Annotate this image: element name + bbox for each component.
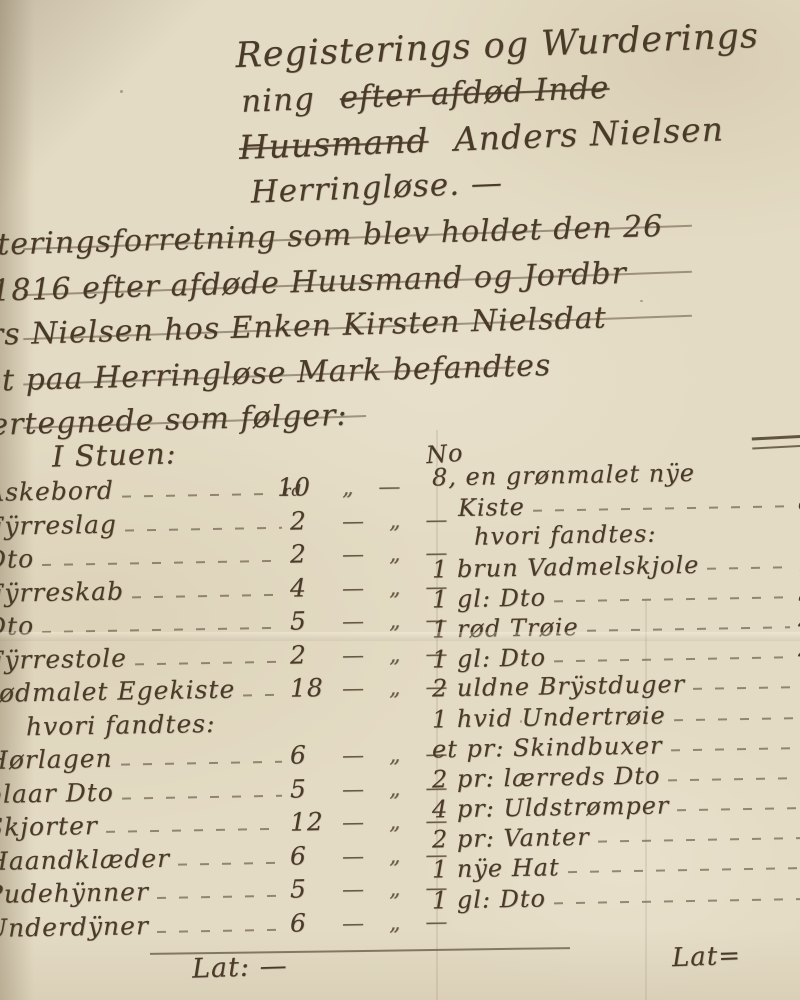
- item-tail-marks: — „ —: [342, 541, 438, 568]
- heading-line-2-prefix: ning: [241, 81, 316, 120]
- item-value: 12: [290, 807, 342, 837]
- ink-speck: [120, 90, 123, 93]
- leader-dashes: [106, 828, 282, 833]
- item-label: 8, en grønmalet nÿe: [432, 459, 695, 492]
- item-tail-marks: — „ —: [342, 910, 438, 937]
- item-tail-marks: — „ —: [342, 843, 438, 870]
- document-heading: Registerings og Wurderings ning efter af…: [235, 16, 765, 219]
- vertical-crease: [436, 430, 438, 1000]
- inventory-right-column: 8, en grønmalet nÿe Kiste 8 hvori fandte…: [432, 460, 800, 913]
- item-tail-marks: — „ —: [342, 575, 438, 602]
- double-dash-mark: [752, 434, 800, 449]
- leader-dashes: [122, 493, 269, 498]
- ink-speck: [300, 140, 302, 142]
- item-label: 2 uldne Brÿstduger: [432, 670, 686, 702]
- item-label: Pudehÿnner: [0, 877, 149, 909]
- item-label: rødmalet Egekiste: [0, 675, 235, 708]
- subheader-label: hvori fandtes:: [474, 520, 657, 551]
- item-value: 2: [290, 505, 342, 535]
- leader-dashes: [669, 777, 800, 782]
- leader-dashes: [533, 506, 790, 512]
- leader-dashes: [671, 746, 800, 751]
- item-tail-marks: — „ —: [342, 675, 438, 702]
- subtotal-left: Lat: —: [191, 950, 288, 984]
- inventory-row: Underdÿner 6 — „ —: [0, 906, 438, 947]
- item-label: blaar Dto: [0, 777, 114, 808]
- item-label: Haandklæder: [0, 843, 170, 875]
- item-label: 1 gl: Dto: [432, 644, 546, 674]
- vertical-crease: [645, 600, 647, 1000]
- manuscript-page: Registerings og Wurderings ning efter af…: [0, 0, 800, 1000]
- item-value: 5: [290, 773, 342, 803]
- leader-dashes: [554, 596, 790, 602]
- room-header: I Stuen:: [52, 436, 177, 473]
- inventory-row: 1 gl: Dto: [432, 879, 800, 916]
- leader-dashes: [132, 593, 282, 598]
- leader-dashes: [42, 560, 282, 566]
- item-label: Fÿrrestole: [0, 643, 127, 674]
- item-label: Fÿrreskab: [0, 576, 124, 607]
- subheader-label: hvori fandtes:: [26, 708, 216, 740]
- item-label: Skjorter: [0, 811, 98, 842]
- item-value: 6: [290, 840, 342, 870]
- item-label: Askebord: [0, 476, 114, 507]
- leader-dashes: [554, 897, 800, 904]
- struck-text: Huusmand: [238, 121, 429, 167]
- leader-dashes: [598, 837, 800, 843]
- item-label: Dto: [0, 544, 34, 574]
- item-tail-marks: — „ —: [342, 809, 438, 836]
- item-label: 1 nÿe Hat: [432, 854, 560, 884]
- item-label: 1 brun Vadmelskjole: [432, 550, 700, 583]
- leader-dashes: [122, 794, 282, 799]
- item-value: 2: [290, 539, 342, 569]
- item-value: 2: [290, 639, 342, 669]
- item-label: 2 pr: lærreds Dto: [432, 761, 661, 793]
- item-value: 4: [290, 572, 342, 602]
- currency-unit: rd: [283, 481, 302, 499]
- leader-dashes: [157, 928, 282, 932]
- item-tail-marks: — „ —: [342, 508, 438, 535]
- item-value: 6: [290, 740, 342, 770]
- horizontal-fold: [0, 632, 800, 641]
- item-label: Underdÿner: [0, 911, 149, 943]
- subtotal-right: Lat=: [671, 941, 741, 973]
- item-label: Hørlagen: [0, 744, 113, 775]
- ink-speck: [640, 300, 643, 302]
- item-tail-marks: — „ —: [342, 876, 438, 903]
- inventory-left-column: Askebord 10 rd „ — Fÿrreslag 2 — „ — Dto…: [0, 474, 438, 943]
- leader-dashes: [125, 526, 282, 531]
- item-tail-marks: — „ —: [342, 642, 438, 669]
- leader-dashes: [587, 626, 790, 632]
- leader-dashes: [674, 716, 800, 721]
- item-value: 5: [290, 874, 342, 904]
- leader-dashes: [707, 566, 790, 569]
- item-value: 18: [290, 673, 342, 703]
- item-label: 1 gl: Dto: [432, 884, 546, 914]
- item-label: 1 gl: Dto: [432, 583, 546, 613]
- leader-dashes: [677, 807, 800, 812]
- leader-dashes: [178, 861, 282, 865]
- item-label: 2 pr: Vanter: [432, 823, 590, 854]
- leader-dashes: [121, 761, 282, 766]
- leader-dashes: [554, 656, 790, 662]
- item-tail-marks: — „ —: [342, 608, 438, 635]
- leader-dashes: [243, 694, 282, 697]
- struck-text: efter afdød Inde: [339, 70, 610, 116]
- item-label: et pr: Skindbuxer: [432, 731, 663, 763]
- item-tail-marks: — „ —: [342, 742, 438, 769]
- item-label: Fÿrreslag: [0, 509, 117, 540]
- item-tail-marks: — „ —: [342, 776, 438, 803]
- item-label: Kiste: [432, 493, 525, 523]
- deceased-name: Anders Nielsen: [453, 109, 724, 158]
- item-label: 4 pr: Uldstrømper: [432, 791, 670, 823]
- leader-dashes: [693, 686, 800, 690]
- item-tail-marks: „ —: [342, 474, 438, 501]
- item-value: 6: [290, 907, 342, 937]
- leader-dashes: [157, 895, 282, 899]
- ink-speck: [520, 720, 522, 723]
- leader-dashes: [568, 867, 800, 873]
- leader-dashes: [135, 660, 282, 665]
- item-label: 1 hvid Undertrøie: [432, 701, 666, 733]
